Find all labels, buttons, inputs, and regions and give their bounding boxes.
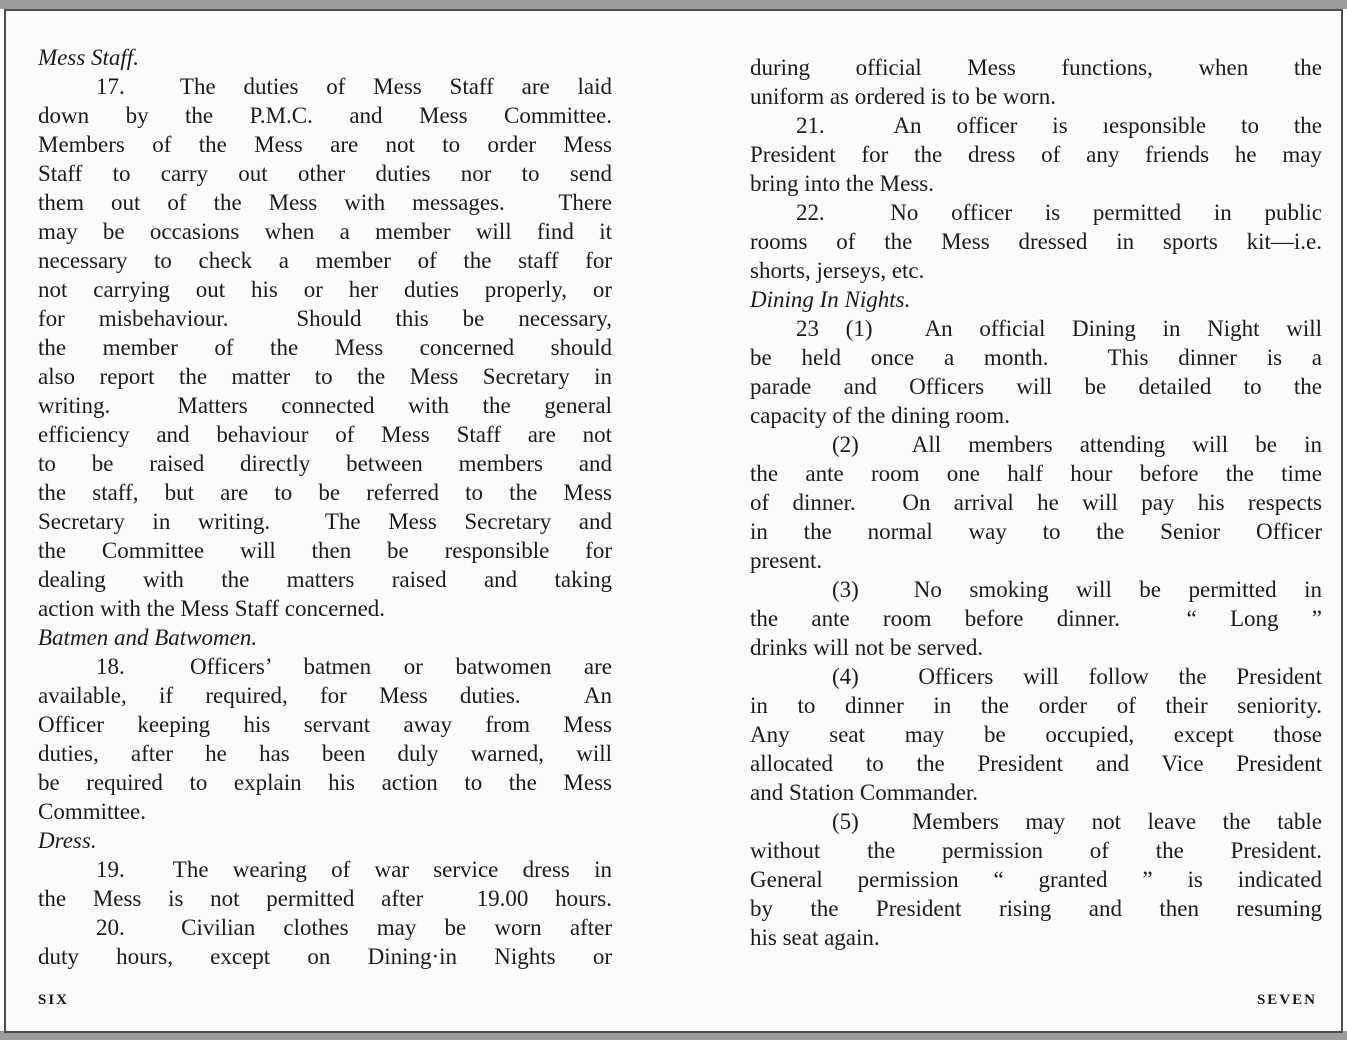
- text-line: (4) Officers will follow the President: [750, 662, 1322, 691]
- scan-edge-top: [0, 0, 1347, 9]
- text-line: President for the dress of any friends h…: [750, 140, 1322, 169]
- text-line: uniform as ordered is to be worn.: [750, 82, 1322, 111]
- text-line: to be raised directly between members an…: [38, 449, 612, 478]
- text-line: not carrying out his or her duties prope…: [38, 275, 612, 304]
- text-line: without the permission of the President.: [750, 836, 1322, 865]
- text-line: parade and Officers will be detailed to …: [750, 372, 1322, 401]
- text-line: in to dinner in the order of their senio…: [750, 691, 1322, 720]
- page-border: Mess Staff.17. The duties of Mess Staff …: [4, 9, 1343, 1033]
- text-line: (2) All members attending will be in: [750, 430, 1322, 459]
- text-line: down by the P.M.C. and Mess Committee.: [38, 101, 612, 130]
- text-line: be required to explain his action to the…: [38, 768, 612, 797]
- text-line: bring into the Mess.: [750, 169, 1322, 198]
- text-line: by the President rising and then resumin…: [750, 894, 1322, 923]
- text-line: Secretary in writing. The Mess Secretary…: [38, 507, 612, 536]
- text-line: may be occasions when a member will find…: [38, 217, 612, 246]
- text-line: dealing with the matters raised and taki…: [38, 565, 612, 594]
- text-line: 19. The wearing of war service dress in: [38, 855, 612, 884]
- text-line: action with the Mess Staff concerned.: [38, 594, 612, 623]
- text-line: during official Mess functions, when the: [750, 53, 1322, 82]
- text-line: allocated to the President and Vice Pres…: [750, 749, 1322, 778]
- text-line: 18. Officers’ batmen or batwomen are: [38, 652, 612, 681]
- page-number-seven: SEVEN: [1257, 992, 1317, 1009]
- section-heading: Dining In Nights.: [750, 285, 1322, 314]
- text-line: the staff, but are to be referred to the…: [38, 478, 612, 507]
- section-heading: Dress.: [38, 826, 612, 855]
- text-line: the member of the Mess concerned should: [38, 333, 612, 362]
- text-line: Staff to carry out other duties nor to s…: [38, 159, 612, 188]
- text-line: in the normal way to the Senior Officer: [750, 517, 1322, 546]
- text-line: shorts, jerseys, etc.: [750, 256, 1322, 285]
- text-line: available, if required, for Mess duties.…: [38, 681, 612, 710]
- text-line: 23 (1) An official Dining in Night will: [750, 314, 1322, 343]
- text-line: rooms of the Mess dressed in sports kit—…: [750, 227, 1322, 256]
- section-heading: Mess Staff.: [38, 43, 612, 72]
- section-heading: Batmen and Batwomen.: [38, 623, 612, 652]
- text-line: drinks will not be served.: [750, 633, 1322, 662]
- text-line: duties, after he has been duly warned, w…: [38, 739, 612, 768]
- text-line: capacity of the dining room.: [750, 401, 1322, 430]
- text-line: of dinner. On arrival he will pay his re…: [750, 488, 1322, 517]
- text-line: the Mess is not permitted after 19.00 ho…: [38, 884, 612, 913]
- text-line: Officer keeping his servant away from Me…: [38, 710, 612, 739]
- text-line: present.: [750, 546, 1322, 575]
- text-line: 21. An officer is ıesponsible to the: [750, 111, 1322, 140]
- right-page-text-column: during official Mess functions, when the…: [750, 53, 1322, 952]
- text-line: 20. Civilian clothes may be worn after: [38, 913, 612, 942]
- text-line: General permission “ granted ” is indica…: [750, 865, 1322, 894]
- text-line: the ante room one half hour before the t…: [750, 459, 1322, 488]
- text-line: 22. No officer is permitted in public: [750, 198, 1322, 227]
- text-line: be held once a month. This dinner is a: [750, 343, 1322, 372]
- text-line: them out of the Mess with messages. Ther…: [38, 188, 612, 217]
- text-line: writing. Matters connected with the gene…: [38, 391, 612, 420]
- text-line: duty hours, except on Dining·in Nights o…: [38, 942, 612, 971]
- text-line: the Committee will then be responsible f…: [38, 536, 612, 565]
- text-line: (3) No smoking will be permitted in: [750, 575, 1322, 604]
- text-line: his seat again.: [750, 923, 1322, 952]
- left-page-text-column: Mess Staff.17. The duties of Mess Staff …: [38, 43, 612, 971]
- text-line: Committee.: [38, 797, 612, 826]
- text-line: and Station Commander.: [750, 778, 1322, 807]
- text-line: efficiency and behaviour of Mess Staff a…: [38, 420, 612, 449]
- text-line: the ante room before dinner. “ Long ”: [750, 604, 1322, 633]
- text-line: (5) Members may not leave the table: [750, 807, 1322, 836]
- text-line: 17. The duties of Mess Staff are laid: [38, 72, 612, 101]
- text-line: necessary to check a member of the staff…: [38, 246, 612, 275]
- text-line: Members of the Mess are not to order Mes…: [38, 130, 612, 159]
- text-line: Any seat may be occupied, except those: [750, 720, 1322, 749]
- text-line: also report the matter to the Mess Secre…: [38, 362, 612, 391]
- text-line: for misbehaviour. Should this be necessa…: [38, 304, 612, 333]
- page-number-six: SIX: [38, 992, 69, 1009]
- scanned-book-spread: Mess Staff.17. The duties of Mess Staff …: [0, 0, 1347, 1040]
